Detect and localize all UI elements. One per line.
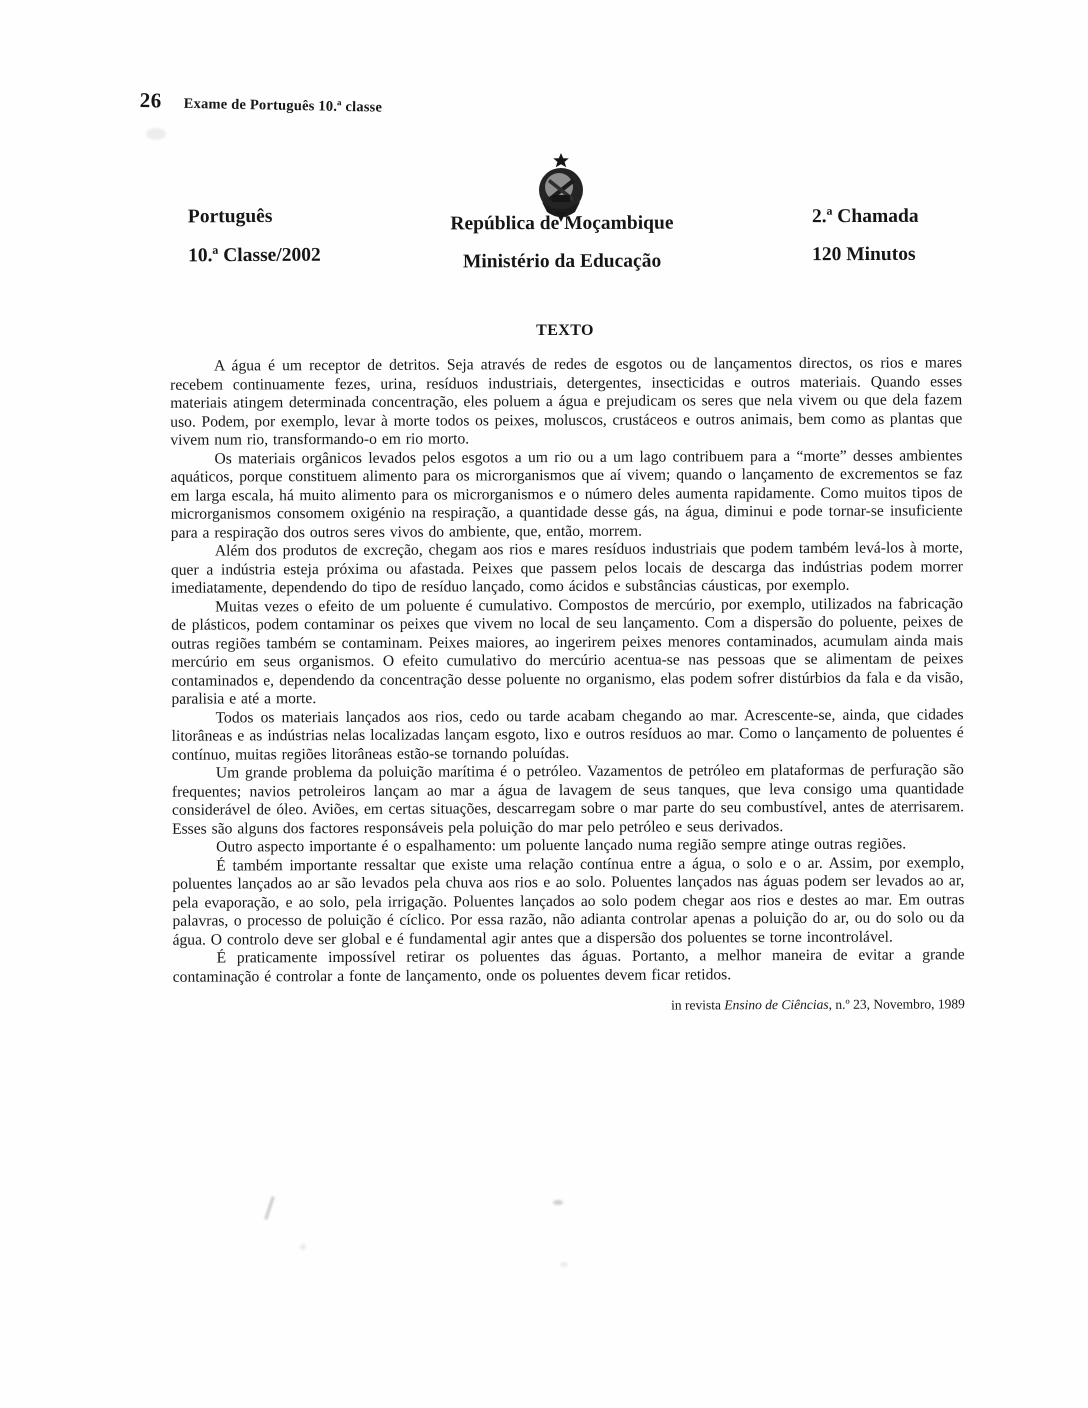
scanned-exam-page: 26 Exame de Português 10.ª classe Portug… — [0, 0, 1088, 1408]
duration-label: 120 Minutos — [812, 236, 919, 274]
page-number: 26 — [140, 88, 162, 113]
grade-year-label: 10.ª Classe/2002 — [188, 236, 321, 276]
scan-artifact — [560, 1262, 568, 1267]
source-attribution: in revista Ensino de Ciências, n.º 23, N… — [173, 995, 965, 1017]
ministry-label: Ministério da Educação — [362, 242, 762, 281]
running-title: Exame de Português 10.ª classe — [184, 96, 383, 117]
scan-artifact — [553, 1200, 563, 1205]
running-header: 26 Exame de Português 10.ª classe — [140, 88, 383, 118]
country-label: República de Moçambique — [362, 204, 762, 243]
scan-artifact — [300, 1244, 306, 1250]
text-body: A água é um receptor de detritos. Seja a… — [170, 354, 965, 1017]
exam-header-center: República de Moçambique Ministério da Ed… — [362, 204, 762, 281]
body-paragraph: É também importante ressaltar que existe… — [172, 854, 964, 950]
exam-header-left: Português 10.ª Classe/2002 — [188, 197, 321, 276]
attribution-prefix: in revista — [671, 997, 724, 1012]
subject-label: Português — [188, 197, 321, 237]
body-paragraph: A água é um receptor de detritos. Seja a… — [170, 354, 962, 450]
body-paragraph: Um grande problema da poluição marítima … — [172, 761, 964, 838]
attribution-source: Ensino de Ciências — [724, 997, 828, 1012]
scan-artifact — [264, 1196, 274, 1220]
body-paragraph: Além dos produtos de excreção, chegam ao… — [171, 539, 963, 598]
call-label: 2.ª Chamada — [812, 198, 919, 236]
body-paragraph: Muitas vezes o efeito de um poluente é c… — [171, 595, 963, 709]
scan-artifact — [146, 128, 166, 140]
section-title: TEXTO — [170, 322, 960, 340]
body-paragraph: É praticamente impossível retirar os pol… — [173, 946, 965, 986]
exam-header-right: 2.ª Chamada 120 Minutos — [812, 198, 919, 274]
body-paragraph: Todos os materiais lançados aos rios, ce… — [172, 706, 964, 765]
body-paragraph: Os materiais orgânicos levados pelos esg… — [170, 447, 962, 543]
attribution-suffix: , n.º 23, Novembro, 1989 — [829, 996, 965, 1012]
